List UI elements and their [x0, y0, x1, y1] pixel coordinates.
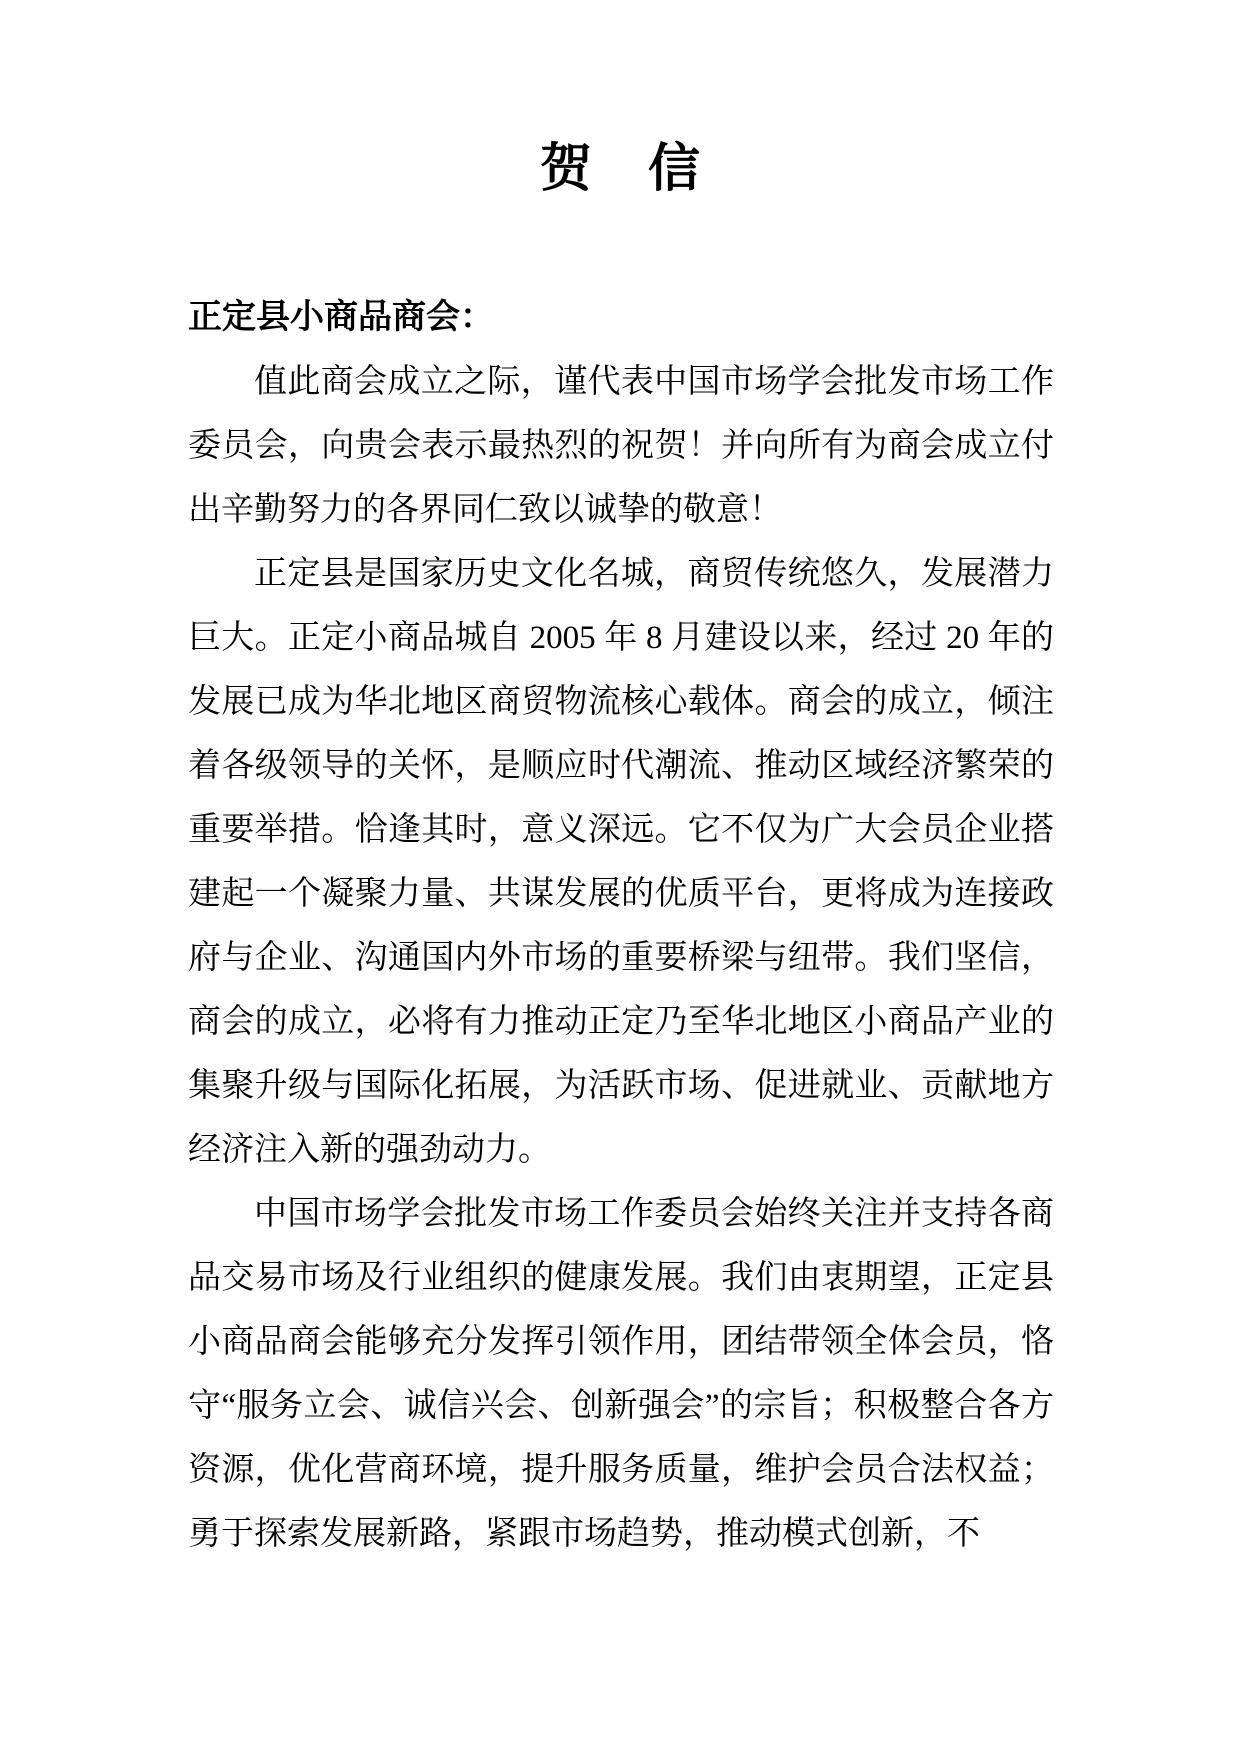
recipient-salutation: 正定县小商品商会：	[188, 286, 1054, 350]
paragraph-expectations: 中国市场学会批发市场工作委员会始终关注并支持各商品交易市场及行业组织的健康发展。…	[188, 1182, 1054, 1566]
paragraph-congratulations: 值此商会成立之际，谨代表中国市场学会批发市场工作委员会，向贵会表示最热烈的祝贺！…	[188, 350, 1054, 542]
paragraph-background: 正定县是国家历史文化名城，商贸传统悠久，发展潜力巨大。正定小商品城自 2005 …	[188, 542, 1054, 1182]
letter-page: 贺 信 正定县小商品商会： 值此商会成立之际，谨代表中国市场学会批发市场工作委员…	[0, 0, 1240, 1753]
document-title: 贺 信	[188, 134, 1054, 206]
